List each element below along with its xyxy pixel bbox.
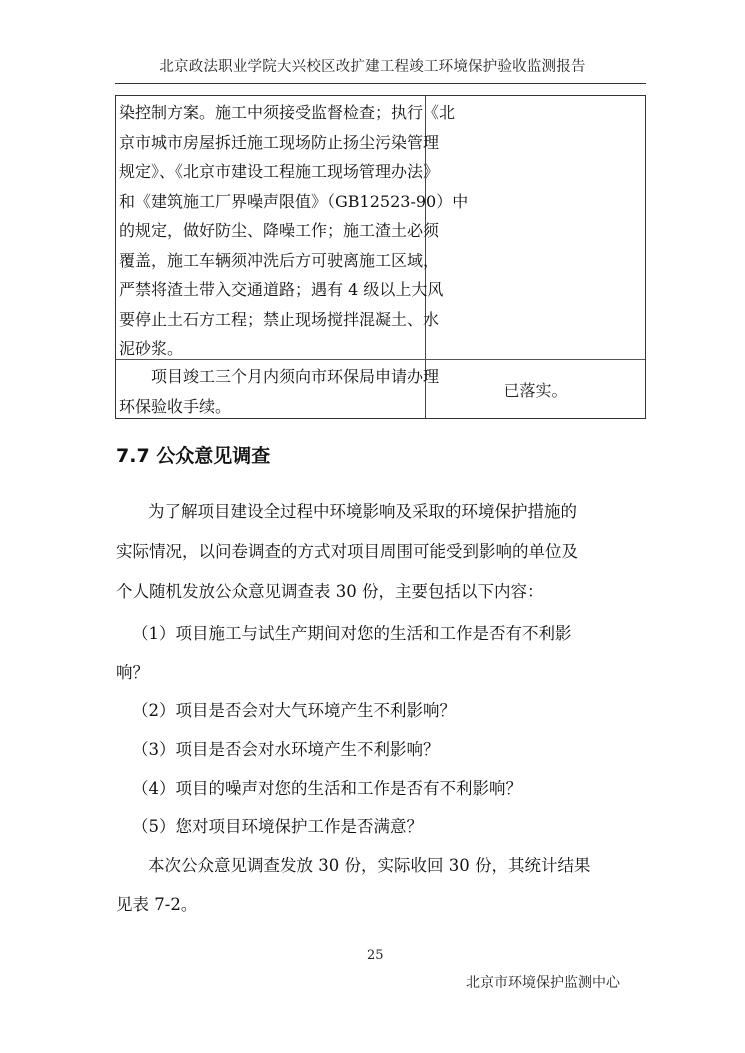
question-item: （1）项目施工与试生产期间对您的生活和工作是否有不利影 [116, 620, 662, 644]
report-header-title: 北京政法职业学院大兴校区改扩建工程竣工环境保护验收监测报告 [0, 55, 745, 76]
question-item: （2）项目是否会对大气环境产生不利影响？ [116, 697, 662, 721]
question-item: （4）项目的噪声对您的生活和工作是否有不利影响？ [116, 775, 662, 799]
requirement-text-line: 规定》、《北京市建设工程施工现场管理办法》 [119, 157, 425, 187]
requirement-text-line: 京市城市房屋拆迁施工现场防止扬尘污染管理 [119, 128, 425, 158]
requirement-text-line: 项目竣工三个月内须向市环保局申请办理 [119, 362, 425, 392]
requirement-text-line: 的规定，做好防尘、降噪工作；施工渣土必须 [119, 216, 425, 246]
requirement-text-line: 覆盖，施工车辆须冲洗后方可驶离施工区域， [119, 246, 425, 276]
requirements-table: 染控制方案。施工中须接受监督检查；执行《北 京市城市房屋拆迁施工现场防止扬尘污染… [115, 95, 646, 419]
status-cell: 已落实。 [426, 360, 645, 418]
intro-paragraph-line: 实际情况，以问卷调查的方式对项目周围可能受到影响的单位及 [116, 538, 646, 562]
table-row: 染控制方案。施工中须接受监督检查；执行《北 京市城市房屋拆迁施工现场防止扬尘污染… [116, 96, 645, 359]
requirement-text-line: 严禁将渣土带入交通道路；遇有 4 级以上大风 [119, 275, 425, 305]
requirement-text-line: 染控制方案。施工中须接受监督检查；执行《北 [119, 98, 425, 128]
intro-paragraph-line: 个人随机发放公众意见调查表 30 份，主要包括以下内容： [116, 578, 646, 602]
section-heading: 7.7 公众意见调查 [116, 441, 270, 468]
question-item: （3）项目是否会对水环境产生不利影响？ [116, 736, 662, 760]
requirement-text-line: 环保验收手续。 [119, 392, 425, 422]
page-number: 25 [367, 948, 384, 963]
summary-paragraph-line: 本次公众意见调查发放 30 份，实际收回 30 份，其统计结果 [116, 852, 678, 876]
requirement-text-line: 要停止土石方工程；禁止现场搅拌混凝土、水 [119, 305, 425, 335]
footer-organization: 北京市环境保护监测中心 [466, 972, 620, 992]
question-item-continuation: 响？ [116, 659, 646, 683]
table-row: 项目竣工三个月内须向市环保局申请办理 环保验收手续。 已落实。 [116, 359, 645, 418]
intro-paragraph-line: 为了解项目建设全过程中环境影响及采取的环境保护措施的 [116, 498, 678, 522]
summary-paragraph-line: 见表 7-2。 [116, 891, 646, 915]
requirement-cell: 染控制方案。施工中须接受监督检查；执行《北 京市城市房屋拆迁施工现场防止扬尘污染… [116, 96, 426, 359]
status-cell [426, 96, 645, 359]
question-item: （5）您对项目环境保护工作是否满意？ [116, 813, 662, 837]
requirement-cell: 项目竣工三个月内须向市环保局申请办理 环保验收手续。 [116, 360, 426, 418]
header-divider [115, 83, 646, 84]
requirement-text-line: 和《建筑施工厂界噪声限值》（GB12523-90）中 [119, 187, 425, 217]
